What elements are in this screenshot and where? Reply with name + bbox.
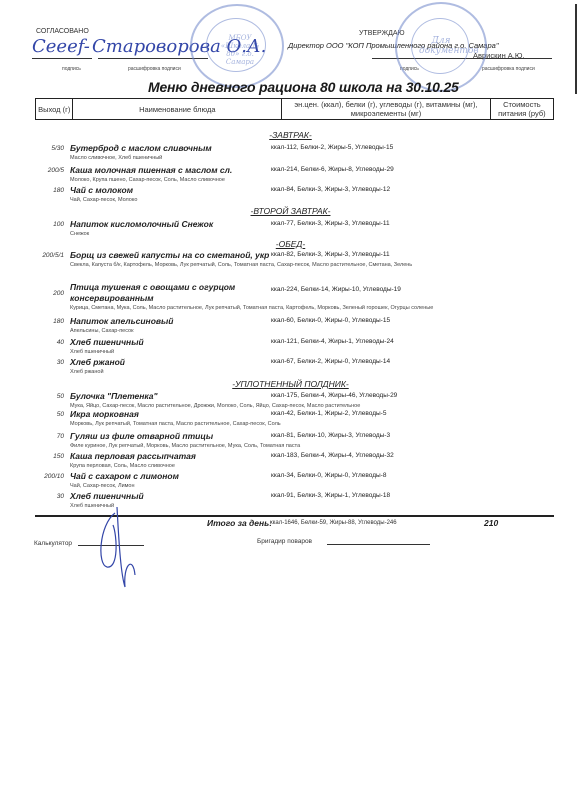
section-title: -ЗАВТРАК- [0,130,581,140]
item-nutrition: ккал-34, Белки-0, Жиры-0, Углеводы-8 [271,472,386,479]
item-ingredients: Чай, Сахар-песок, Лимон [70,482,510,490]
menu-table-header: Выход (г) Наименование блюда эн.цен. (кк… [35,98,554,120]
item-nutrition: ккал-81, Белки-10, Жиры-3, Углеводы-3 [271,432,390,439]
chef-label: Бригадир поваров [257,538,312,545]
item-name: Напиток кисломолочный Снежок [70,219,213,229]
item-nutrition: ккал-42, Белки-1, Жиры-2, Углеводы-5 [271,410,386,417]
page-title: Меню дневного рациона 80 школа на 30.10.… [148,79,459,95]
total-nutrition: ккал-1646, Белки-59, Жиры-88, Углеводы-2… [270,520,397,526]
school-stamp: МБОУ «Школа № 80» г.о. Самара [190,4,284,88]
item-nutrition: ккал-91, Белки-3, Жиры-1, Углеводы-18 [271,492,390,499]
item-output: 70 [30,433,64,440]
scan-edge [575,4,577,94]
item-nutrition: ккал-84, Белки-3, Жиры-3, Углеводы-12 [271,186,390,193]
right-name-caption: расшифровка подписи [482,66,535,72]
item-nutrition: ккал-67, Белки-2, Жиры-0, Углеводы-14 [271,358,390,365]
item-output: 100 [30,221,64,228]
section-title: -ВТОРОЙ ЗАВТРАК- [0,206,581,216]
item-ingredients: Свекла, Капуста б/к, Картофель, Морковь,… [70,261,510,269]
item-ingredients: Масло сливочное, Хлеб пшеничный [70,154,510,162]
item-ingredients: Хлеб пшеничный [70,348,510,356]
item-nutrition: ккал-77, Белки-3, Жиры-3, Углеводы-11 [271,220,390,227]
item-ingredients: Морковь, Лук репчатый, Томатная паста, М… [70,420,510,428]
left-signature-caption: подпись [62,66,81,72]
left-signature-line [32,58,92,59]
calculator-signature [95,505,140,590]
item-name: Хлеб ржаной [70,357,125,367]
left-signature: Сеееf- [32,36,90,57]
item-output: 50 [30,411,64,418]
section-title: -УПЛОТНЕННЫЙ ПОЛДНИК- [0,379,581,389]
item-name: Каша перловая рассыпчатая [70,451,196,461]
item-name: Булочка "Плетенка" [70,391,158,401]
left-name-caption: расшифровка подписи [128,66,181,72]
item-output: 200/5/1 [30,252,64,259]
item-nutrition: ккал-82, Белки-3, Жиры-3, Углеводы-11 [271,251,390,258]
item-output: 150 [30,453,64,460]
item-ingredients: Филе куриное, Лук репчатый, Морковь, Мас… [70,442,510,450]
item-ingredients: Снежок [70,230,510,238]
item-ingredients: Крупа перловая, Соль, Масло сливочное [70,462,510,470]
item-name: Птица тушеная с овощами с огурцом консер… [70,282,260,304]
item-nutrition: ккал-121, Белки-4, Жиры-1, Углеводы-24 [271,338,394,345]
item-name: Напиток апельсиновый [70,316,173,326]
item-name: Гуляш из филе отварной птицы [70,431,213,441]
item-nutrition: ккал-214, Белки-6, Жиры-8, Углеводы-29 [271,166,394,173]
item-output: 50 [30,393,64,400]
chef-signature-line [327,544,430,545]
item-name: Бутерброд с маслом сливочным [70,143,212,153]
item-ingredients: Апельсины, Сахар-песок [70,327,510,335]
col-nutrition: эн.цен. (ккал), белки (г), углеводы (г),… [282,99,491,120]
item-name: Икра морковная [70,409,139,419]
item-ingredients: Курица, Сметана, Мука, Соль, Масло расти… [70,304,510,312]
item-name: Борщ из свежей капусты на со сметаной, у… [70,250,269,260]
col-dish-name: Наименование блюда [73,99,282,120]
item-output: 200/10 [30,473,64,480]
item-nutrition: ккал-175, Белки-4, Жиры-46, Углеводы-29 [271,392,397,399]
approved-label: СОГЛАСОВАНО [36,28,89,35]
item-nutrition: ккал-112, Белки-2, Жиры-5, Углеводы-15 [271,144,393,151]
item-name: Чай с сахаром с лимоном [70,471,179,481]
item-name: Чай с молоком [70,185,133,195]
item-nutrition: ккал-183, Белки-4, Жиры-4, Углеводы-32 [271,452,394,459]
item-output: 180 [30,318,64,325]
section-title: -ОБЕД- [0,239,581,249]
item-nutrition: ккал-60, Белки-0, Жиры-0, Углеводы-15 [271,317,390,324]
item-name: Каша молочная пшенная с маслом сл. [70,165,232,175]
calculator-label: Калькулятор [34,540,72,547]
item-output: 30 [30,359,64,366]
total-label: Итого за день: [207,518,272,528]
total-price: 210 [484,518,498,528]
item-output: 40 [30,339,64,346]
item-output: 30 [30,493,64,500]
item-name: Хлеб пшеничный [70,337,144,347]
item-ingredients: Хлеб ржаной [70,368,510,376]
item-output: 180 [30,187,64,194]
item-output: 200/5 [30,167,64,174]
col-price: Стоимость питания (руб) [490,99,553,120]
item-name: Хлеб пшеничный [70,491,144,501]
item-nutrition: ккал-224, Белки-14, Жиры-10, Углеводы-19 [271,286,401,293]
col-output: Выход (г) [36,99,73,120]
item-output: 5/30 [30,145,64,152]
item-ingredients: Молоко, Крупа пшено, Сахар-песок, Соль, … [70,176,510,184]
item-ingredients: Чай, Сахар-песок, Молоко [70,196,510,204]
item-output: 200 [30,290,64,297]
